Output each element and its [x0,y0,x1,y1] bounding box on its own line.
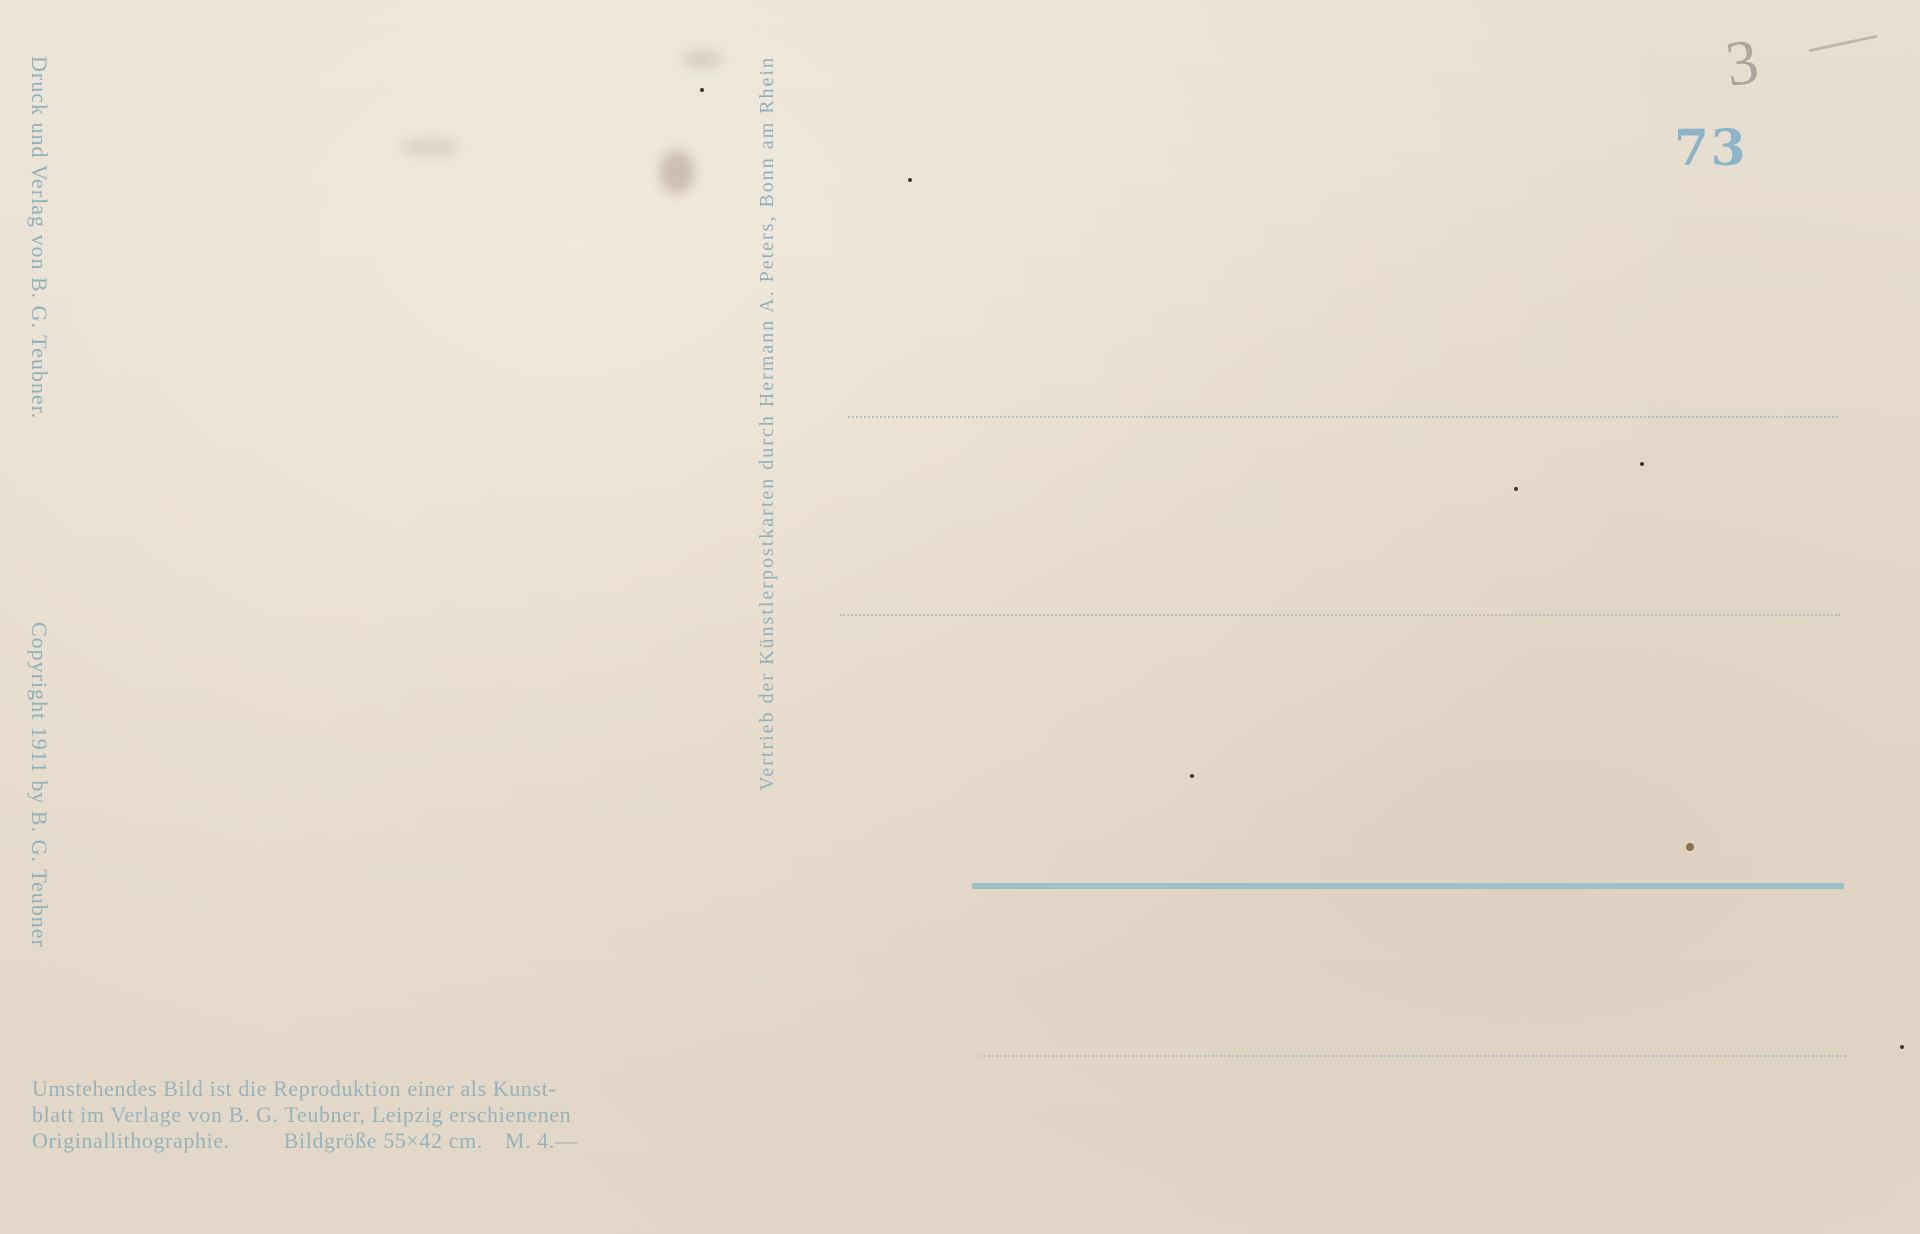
publisher-imprint: Druck und Verlag von B. G. Teubner. [26,56,52,419]
pencil-mark: 3 [1721,24,1763,102]
caption-image-size: Bildgröße 55×42 cm. [284,1128,483,1153]
speck [700,88,704,92]
stain [660,150,694,194]
caption-line-1: Umstehendes Bild ist die Reproduktion ei… [32,1076,792,1102]
address-line-1 [848,416,1838,418]
postcard-back: Druck und Verlag von B. G. Teubner. Copy… [0,0,1920,1234]
caption-line-2: blatt im Verlage von B. G. Teubner, Leip… [32,1102,792,1128]
speck [1640,462,1644,466]
speck [1900,1045,1904,1049]
speck [1190,774,1194,778]
caption-line-3: Originallithographie.Bildgröße 55×42 cm.… [32,1128,792,1154]
stain [400,138,460,156]
address-line-4 [980,1055,1846,1057]
speck [1514,487,1518,491]
address-line-2 [840,614,1840,616]
speck [908,178,912,182]
pencil-dash [1808,35,1877,52]
reproduction-caption: Umstehendes Bild ist die Reproduktion ei… [32,1076,792,1154]
stain [682,50,722,68]
address-line-3-solid [972,883,1844,889]
caption-technique: Originallithographie. [32,1128,230,1153]
speck [1686,843,1694,851]
copyright-notice: Copyright 1911 by B. G. Teubner [26,622,52,948]
distributor-imprint: Vertrieb der Künstlerpostkarten durch He… [756,56,779,791]
card-number: 73 [1674,118,1748,177]
caption-price: M. 4.— [505,1128,578,1153]
